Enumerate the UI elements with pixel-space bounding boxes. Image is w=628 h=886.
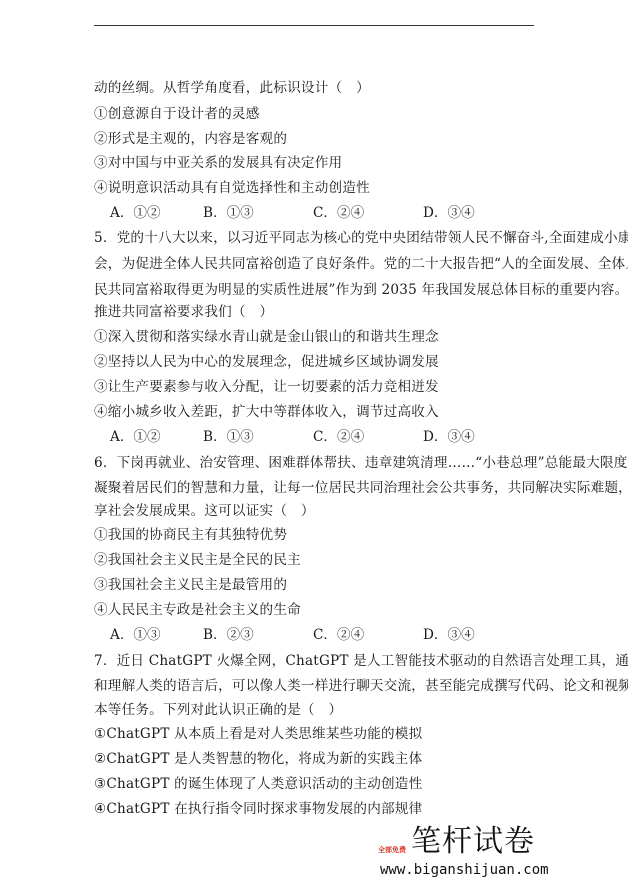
- question-4-stem-tail: 动的丝绸。从哲学角度看，此标识设计（ ）: [94, 80, 370, 96]
- watermark-url: www.biganshijuan.com: [380, 862, 549, 878]
- q7-statement-2: ②ChatGPT 是人类智慧的物化，将成为新的实践主体: [94, 751, 422, 767]
- q6-option-c: C．②④: [313, 627, 364, 643]
- q7-stem-line-1: 7．近日 ChatGPT 火爆全网，ChatGPT 是人工智能技术驱动的自然语言…: [94, 653, 628, 669]
- q6-stem-line-2: 凝聚着居民们的智慧和力量，让每一位居民共同治理社会公共事务，共同解决实际难题，共: [94, 480, 628, 496]
- q5-stem-line-3: 民共同富裕取得更为明显的实质性进展”作为到 2035 年我国发展总体目标的重要内…: [94, 282, 628, 298]
- q6-statement-4: ④人民民主专政是社会主义的生命: [94, 602, 301, 618]
- q6-option-d: D．③④: [423, 627, 475, 643]
- q5-statement-4: ④缩小城乡收入差距，扩大中等群体收入，调节过高收入: [94, 404, 439, 420]
- q4-option-a: A．①②: [110, 205, 161, 221]
- q5-stem-line-2: 会，为促进全体人民共同富裕创造了良好条件。党的二十大报告把“人的全面发展、全体人: [94, 256, 628, 272]
- q5-statement-1: ①深入贯彻和落实绿水青山就是金山银山的和谐共生理念: [94, 329, 439, 345]
- q4-statement-3: ③对中国与中亚关系的发展具有决定作用: [94, 155, 342, 171]
- q5-statement-3: ③让生产要素参与收入分配，让一切要素的活力竞相迸发: [94, 379, 439, 395]
- q5-option-c: C．②④: [313, 429, 364, 445]
- q4-statement-2: ②形式是主观的，内容是客观的: [94, 131, 287, 147]
- q6-option-a: A．①③: [110, 627, 161, 643]
- q5-stem-line-4: 推进共同富裕要求我们（ ）: [94, 304, 273, 320]
- q4-statement-1: ①创意源自于设计者的灵感: [94, 106, 260, 122]
- q4-option-b: B．①③: [203, 205, 254, 221]
- q7-statement-4: ④ChatGPT 在执行指令同时探求事物发展的内部规律: [94, 801, 422, 817]
- q5-statement-2: ②坚持以人民为中心的发展理念，促进城乡区域协调发展: [94, 354, 439, 370]
- q6-statement-2: ②我国社会主义民主是全民的民主: [94, 552, 301, 568]
- q5-option-d: D．③④: [423, 429, 475, 445]
- q7-stem-line-2: 和理解人类的语言后，可以像人类一样进行聊天交流，甚至能完成撰写代码、论文和视频脚: [94, 678, 628, 694]
- q4-options: A．①② B．①③ C．②④ D．③④: [94, 205, 534, 221]
- q5-options: A．①② B．①③ C．②④ D．③④: [94, 429, 534, 445]
- q5-option-a: A．①②: [110, 429, 161, 445]
- q5-stem-line-1: 5．党的十八大以来，以习近平同志为核心的党中央团结带领人民不懈奋斗,全面建成小康…: [94, 230, 628, 246]
- q5-option-b: B．①③: [203, 429, 254, 445]
- header-rule: [94, 25, 534, 26]
- watermark-free-badge: 全部免费: [378, 846, 406, 854]
- site-watermark: 笔杆试卷 全部免费 www.biganshijuan.com: [378, 826, 598, 882]
- q6-statement-3: ③我国社会主义民主是最管用的: [94, 577, 287, 593]
- q4-option-c: C．②④: [313, 205, 364, 221]
- q7-stem-line-3: 本等任务。下列对此认识正确的是（ ）: [94, 702, 342, 718]
- q6-stem-line-1: 6．下岗再就业、治安管理、困难群体帮扶、违章建筑清理……“小巷总理”总能最大限度…: [94, 455, 628, 471]
- q6-statement-1: ①我国的协商民主有其独特优势: [94, 527, 287, 543]
- q4-option-d: D．③④: [423, 205, 475, 221]
- q6-option-b: B．②③: [203, 627, 254, 643]
- q4-statement-4: ④说明意识活动具有自觉选择性和主动创造性: [94, 180, 370, 196]
- q6-options: A．①③ B．②③ C．②④ D．③④: [94, 627, 534, 643]
- watermark-title: 笔杆试卷: [411, 826, 535, 858]
- q7-statement-1: ①ChatGPT 从本质上看是对人类思维某些功能的模拟: [94, 726, 422, 742]
- q7-statement-3: ③ChatGPT 的诞生体现了人类意识活动的主动创造性: [94, 776, 422, 792]
- q6-stem-line-3: 享社会发展成果。这可以证实（ ）: [94, 503, 315, 519]
